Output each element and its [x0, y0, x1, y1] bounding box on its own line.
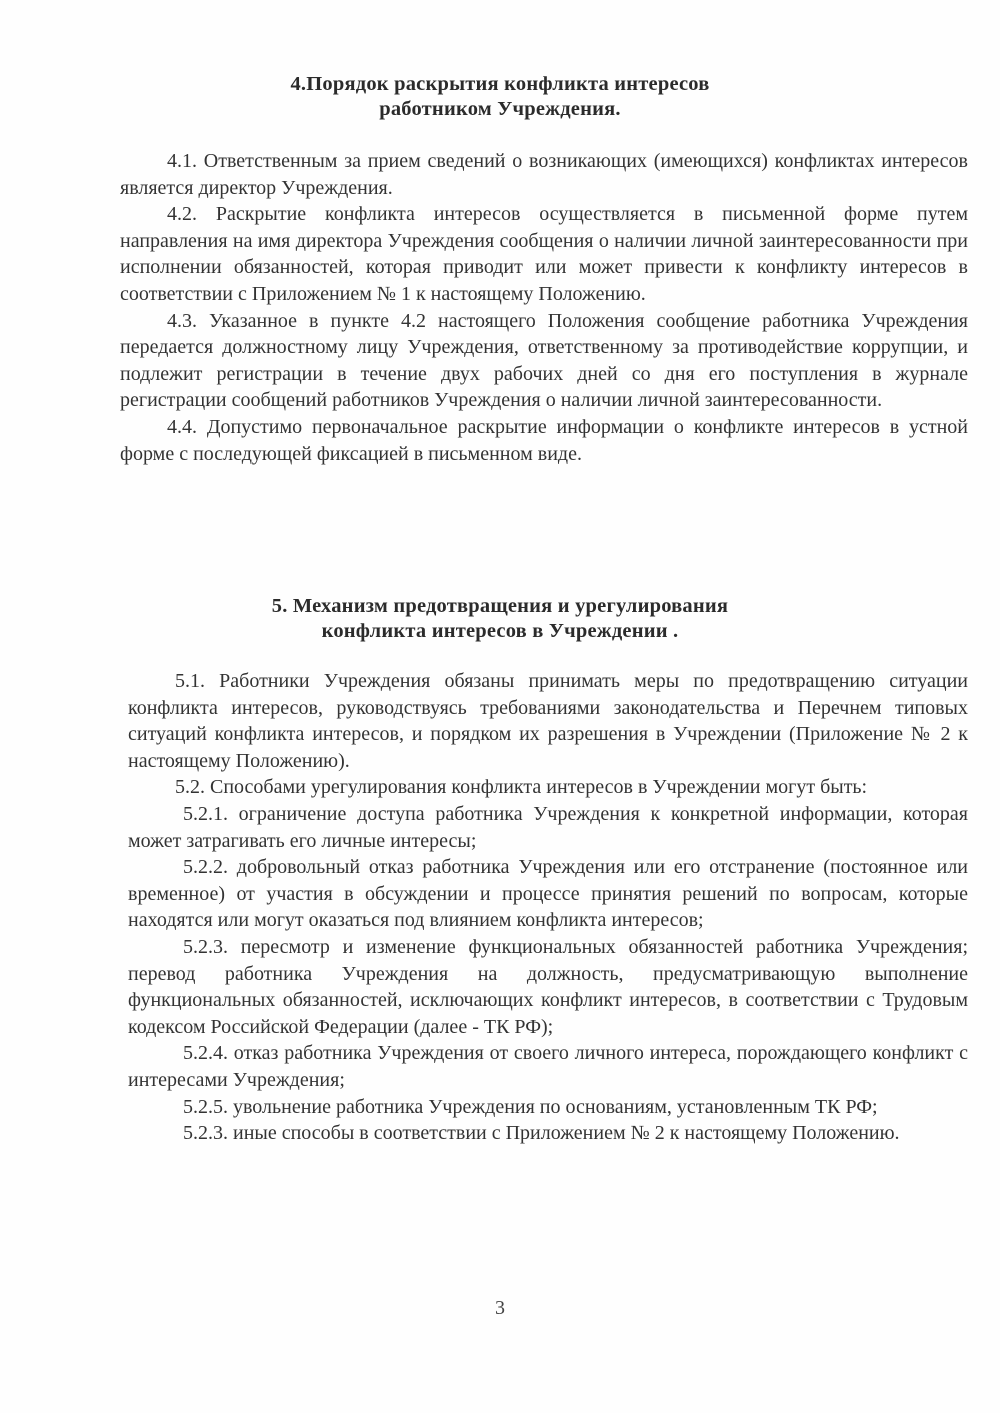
paragraph-4-4: 4.4. Допустимо первоначальное раскрытие …	[120, 414, 968, 467]
section-5-title-line-1: 5. Механизм предотвращения и урегулирова…	[0, 594, 1000, 619]
sub-item-5-2-3: 5.2.3. пересмотр и изменение функциональ…	[128, 934, 968, 1040]
section-5-title-line-2: конфликта интересов в Учреждении .	[0, 619, 1000, 644]
sub-item-5-2-4: 5.2.4. отказ работника Учреждения от сво…	[128, 1040, 968, 1093]
sub-item-5-2-6: 5.2.3. иные способы в соответствии с При…	[128, 1120, 968, 1147]
section-4-title-line-1: 4.Порядок раскрытия конфликта интересов	[0, 72, 1000, 97]
paragraph-4-2: 4.2. Раскрытие конфликта интересов осуще…	[120, 201, 968, 307]
section-5-body: 5.1. Работники Учреждения обязаны приним…	[128, 668, 968, 1147]
section-4-heading: 4.Порядок раскрытия конфликта интересов …	[0, 72, 1000, 122]
paragraph-4-3: 4.3. Указанное в пункте 4.2 настоящего П…	[120, 308, 968, 414]
paragraph-5-1: 5.1. Работники Учреждения обязаны приним…	[128, 668, 968, 774]
section-4-body: 4.1. Ответственным за прием сведений о в…	[120, 148, 968, 467]
sub-item-5-2-5: 5.2.5. увольнение работника Учреждения п…	[128, 1094, 968, 1121]
paragraph-5-2: 5.2. Способами урегулирования конфликта …	[128, 774, 968, 801]
section-5-heading: 5. Механизм предотвращения и урегулирова…	[0, 594, 1000, 644]
sub-item-5-2-2: 5.2.2. добровольный отказ работника Учре…	[128, 854, 968, 934]
sub-item-5-2-1: 5.2.1. ограничение доступа работника Учр…	[128, 801, 968, 854]
section-4-title-line-2: работником Учреждения.	[0, 97, 1000, 122]
paragraph-4-1: 4.1. Ответственным за прием сведений о в…	[120, 148, 968, 201]
document-page: 4.Порядок раскрытия конфликта интересов …	[0, 0, 1000, 1413]
page-number: 3	[0, 1297, 1000, 1320]
